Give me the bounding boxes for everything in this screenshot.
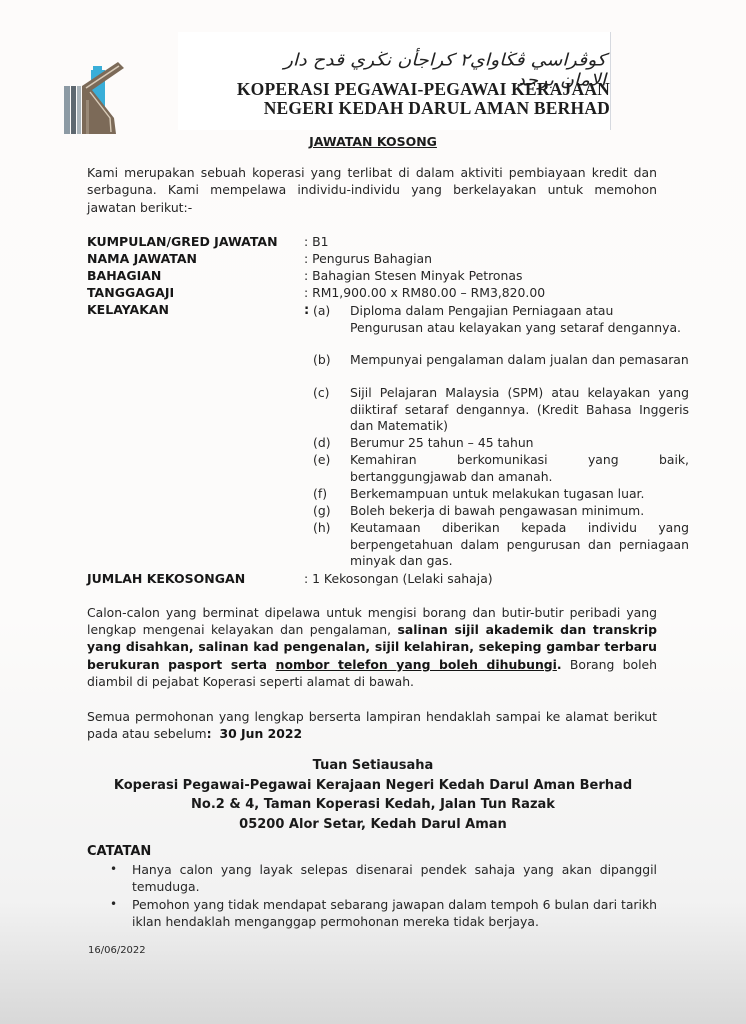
deadline-paragraph: Semua permohonan yang lengkap berserta l… (87, 708, 657, 743)
division-label: BAHAGIAN (87, 268, 161, 283)
qualification-letter: (f) (313, 486, 343, 503)
vacancies-label: JUMLAH KEKOSONGAN (87, 571, 245, 586)
qualification-text: Sijil Pelajaran Malaysia (SPM) atau kela… (350, 385, 689, 435)
cooperative-logo-icon (62, 56, 128, 136)
vacancies-value: : 1 Kekosongan (Lelaki sahaja) (304, 571, 493, 586)
salary-value: : RM1,900.00 x RM80.00 – RM3,820.00 (304, 285, 545, 300)
notes-title: CATATAN (87, 844, 151, 859)
note-text: Pemohon yang tidak mendapat sebarang jaw… (132, 897, 657, 929)
document-title: JAWATAN KOSONG (0, 134, 746, 149)
address-city: 05200 Alor Setar, Kedah Darul Aman (0, 815, 746, 835)
position-label: NAMA JAWATAN (87, 251, 197, 266)
intro-paragraph: Kami merupakan sebuah koperasi yang terl… (87, 164, 657, 216)
grade-label: KUMPULAN/GRED JAWATAN (87, 234, 278, 249)
qualification-letter: (d) (313, 435, 343, 452)
qualification-letter: (c) (313, 385, 343, 402)
qualification-item: (e) Kemahiran berkomunikasi yang baik, b… (313, 452, 689, 485)
org-name-line-1: KOPERASI PEGAWAI-PEGAWAI KERAJAAN (206, 79, 610, 100)
qualification-text: Kemahiran berkomunikasi yang baik, berta… (350, 452, 689, 485)
salary-label: TANGGAGAJI (87, 285, 174, 300)
note-text: Hanya calon yang layak selepas disenarai… (132, 862, 657, 894)
deadline-colon: : (207, 726, 212, 741)
qualification-item: (h) Keutamaan diberikan kepada individu … (313, 520, 689, 570)
qualification-letter: (e) (313, 452, 343, 469)
qualification-letter: (g) (313, 503, 343, 520)
deadline-text: Semua permohonan yang lengkap berserta l… (87, 709, 657, 741)
letterhead-divider (610, 32, 611, 130)
grade-value: : B1 (304, 234, 329, 249)
qualification-item: (g) Boleh bekerja di bawah pengawasan mi… (313, 503, 689, 520)
qualifications-label: KELAYAKAN (87, 302, 169, 317)
qualification-item: (c) Sijil Pelajaran Malaysia (SPM) atau … (313, 385, 689, 435)
bullet-icon: • (110, 861, 117, 878)
position-value: : Pengurus Bahagian (304, 251, 432, 266)
qualification-item: (a) Diploma dalam Pengajian Perniagaan a… (313, 303, 689, 336)
note-item: • Hanya calon yang layak selepas disenar… (132, 861, 657, 895)
qualification-text: Keutamaan diberikan kepada individu yang… (350, 520, 689, 570)
qualification-letter: (a) (313, 303, 343, 320)
mailing-address: Tuan Setiausaha Koperasi Pegawai-Pegawai… (0, 756, 746, 834)
qualification-letter: (b) (313, 352, 343, 369)
qualification-text: Pengurusan atau kelayakan yang setaraf d… (350, 320, 689, 337)
qualification-item: (b) Mempunyai pengalaman dalam jualan da… (313, 352, 689, 369)
phone-number-requirement: nombor telefon yang boleh dihubungi (276, 657, 557, 672)
qualification-text: Mempunyai pengalaman dalam jualan dan pe… (350, 352, 689, 369)
qualification-text: Berkemampuan untuk melakukan tugasan lua… (350, 486, 689, 503)
address-street: No.2 & 4, Taman Koperasi Kedah, Jalan Tu… (0, 795, 746, 815)
qualification-letter: (h) (313, 520, 343, 537)
application-paragraph: Calon-calon yang berminat dipelawa untuk… (87, 604, 657, 690)
org-name-line-2: NEGERI KEDAH DARUL AMAN BERHAD (206, 98, 610, 119)
qualifications-colon: : (304, 303, 309, 318)
division-value: : Bahagian Stesen Minyak Petronas (304, 268, 522, 283)
qualification-item: (d) Berumur 25 tahun – 45 tahun (313, 435, 689, 452)
qualification-item: (f) Berkemampuan untuk melakukan tugasan… (313, 486, 689, 503)
bullet-icon: • (110, 896, 117, 913)
note-item: • Pemohon yang tidak mendapat sebarang j… (132, 896, 657, 930)
document-date: 16/06/2022 (88, 945, 146, 956)
address-organization: Koperasi Pegawai-Pegawai Kerajaan Negeri… (0, 776, 746, 796)
qualification-text: Boleh bekerja di bawah pengawasan minimu… (350, 503, 689, 520)
job-vacancy-document: كوڤراسي ڤڬاواي٢ كراجأن نڬري قدح دار الام… (0, 0, 746, 1024)
qualification-text-line1: Diploma dalam Pengajian Perniagaan atau (350, 303, 689, 320)
deadline-date: 30 Jun 2022 (219, 726, 302, 741)
qualification-text: Berumur 25 tahun – 45 tahun (350, 435, 689, 452)
address-recipient: Tuan Setiausaha (0, 756, 746, 776)
